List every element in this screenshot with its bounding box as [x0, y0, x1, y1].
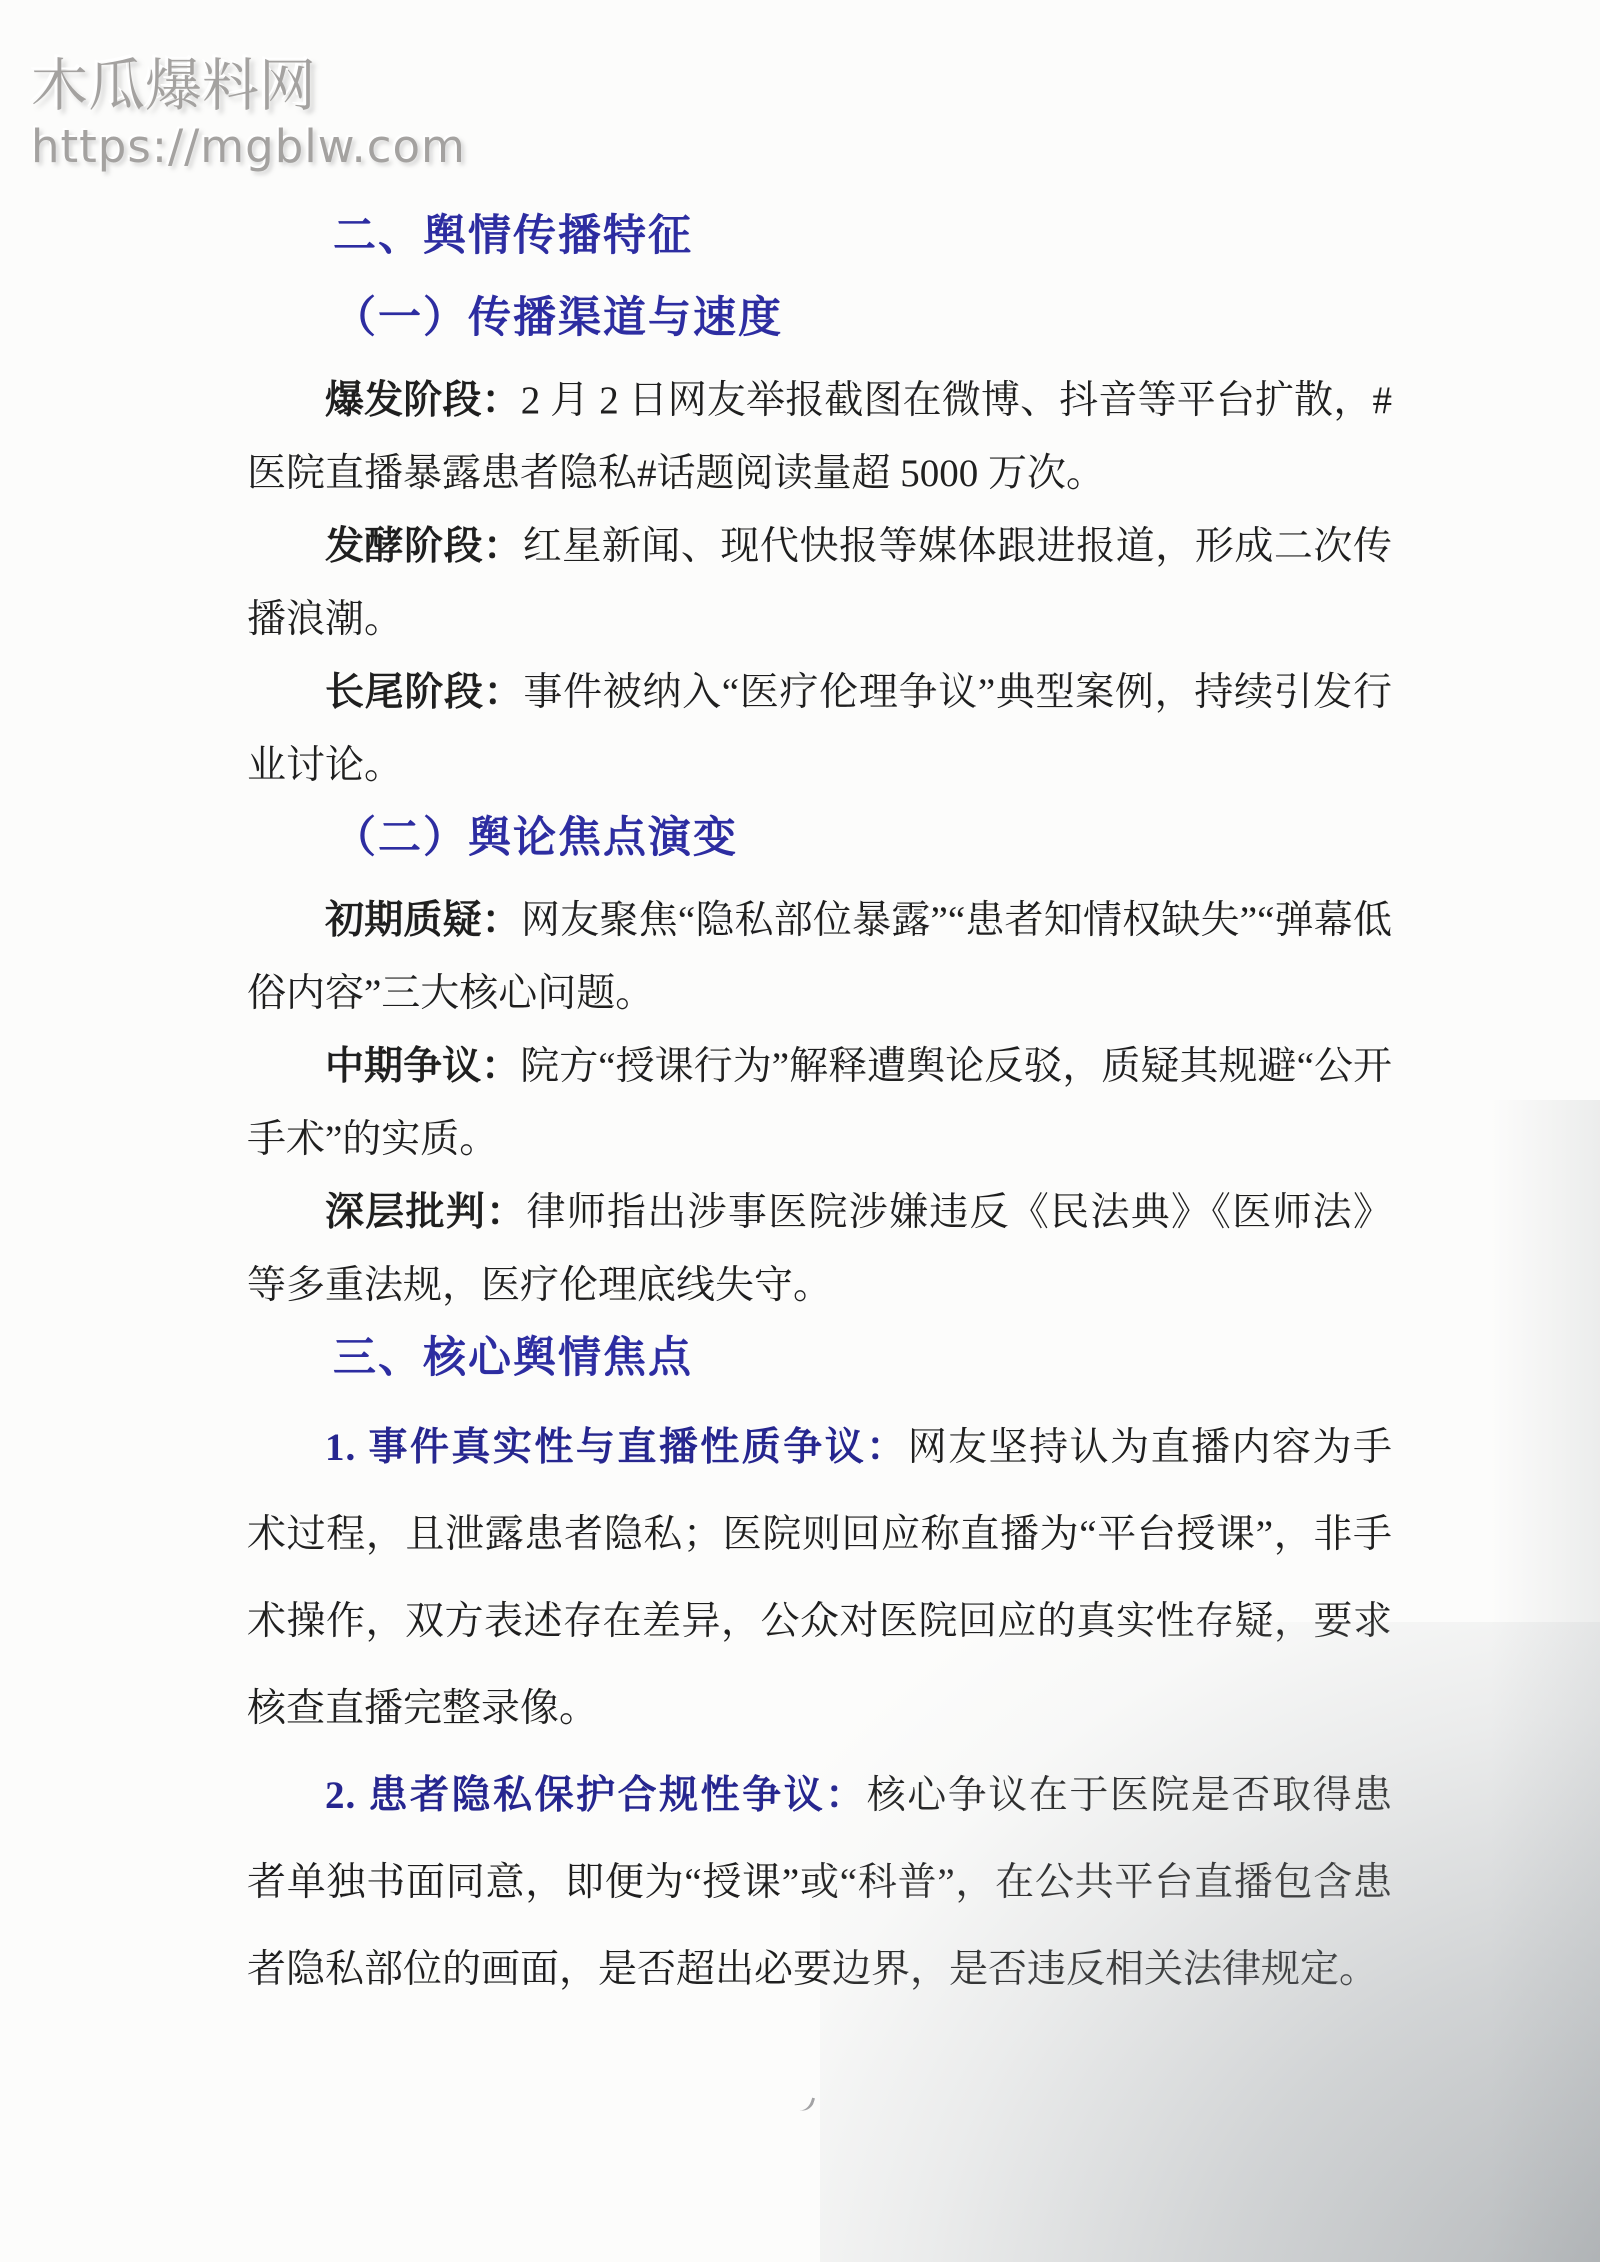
scanned-document-page: 木瓜爆料网 https://mgblw.com 二、舆情传播特征（一）传播渠道与… [0, 0, 1600, 2262]
paragraph-lead: 爆发阶段： [325, 379, 521, 422]
watermark-site-name: 木瓜爆料网 [31, 58, 466, 115]
paragraph: 中期争议：院方“授课行为”解释遭舆论反驳，质疑其规避“公开手术”的实质。 [247, 1030, 1392, 1176]
paragraph-lead: 1. 事件真实性与直播性质争议： [325, 1426, 908, 1469]
document-body: 二、舆情传播特征（一）传播渠道与速度爆发阶段：2 月 2 日网友举报截图在微博、… [247, 200, 1392, 2013]
paragraph-lead: 中期争议： [325, 1045, 520, 1088]
paragraph-lead: 初期质疑： [325, 899, 521, 942]
paragraph: 2. 患者隐私保护合规性争议：核心争议在于医院是否取得患者单独书面同意，即便为“… [247, 1752, 1392, 2013]
paragraph: 初期质疑：网友聚焦“隐私部位暴露”“患者知情权缺失”“弹幕低俗内容”三大核心问题… [247, 884, 1392, 1030]
paragraph: 长尾阶段：事件被纳入“医疗伦理争议”典型案例，持续引发行业讨论。 [247, 656, 1392, 802]
heading-level1: 三、核心舆情焦点 [247, 1322, 1392, 1395]
paragraph-lead: 长尾阶段： [325, 671, 523, 714]
heading-level2: （二）舆论焦点演变 [247, 802, 1392, 875]
scan-shadow-right-edge [1490, 1100, 1600, 2262]
watermark-site-url: https://mgblw.com [31, 124, 466, 169]
heading-level2: （一）传播渠道与速度 [247, 282, 1392, 355]
paragraph: 深层批判：律师指出涉事医院涉嫌违反《民法典》《医师法》等多重法规，医疗伦理底线失… [247, 1176, 1392, 1322]
paragraph: 1. 事件真实性与直播性质争议：网友坚持认为直播内容为手术过程，且泄露患者隐私；… [247, 1404, 1392, 1752]
paragraph: 爆发阶段：2 月 2 日网友举报截图在微博、抖音等平台扩散，#医院直播暴露患者隐… [247, 364, 1392, 510]
paragraph-text: 网友坚持认为直播内容为手术过程，且泄露患者隐私；医院则回应称直播为“平台授课”，… [247, 1426, 1392, 1730]
paragraph: 发酵阶段：红星新闻、现代快报等媒体跟进报道，形成二次传播浪潮。 [247, 510, 1392, 656]
scan-speck-artifact [798, 2094, 815, 2113]
heading-level1: 二、舆情传播特征 [247, 200, 1392, 273]
paragraph-lead: 发酵阶段： [325, 525, 523, 568]
watermark: 木瓜爆料网 https://mgblw.com [31, 58, 466, 169]
paragraph-lead: 2. 患者隐私保护合规性争议： [325, 1774, 867, 1817]
paragraph-lead: 深层批判： [325, 1191, 526, 1234]
